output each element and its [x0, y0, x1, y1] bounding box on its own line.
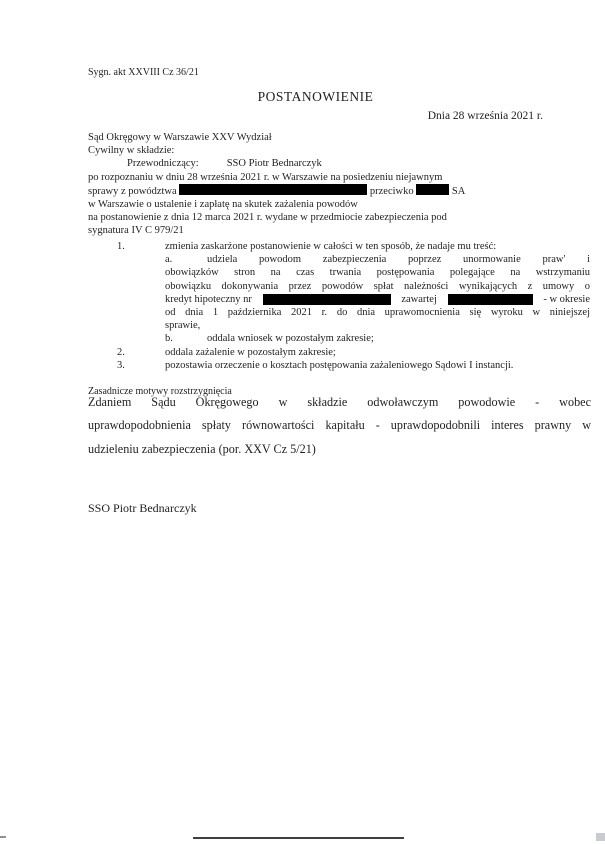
- document-title: POSTANOWIENIE: [88, 89, 543, 105]
- scan-artifact-left: [0, 836, 6, 838]
- ruling-item-3: 3.pozostawia orzeczenie o kosztach postę…: [88, 359, 590, 372]
- sub-item-a-line-1: a.udziela powodom zabezpieczenia poprzez…: [165, 253, 590, 266]
- date-line: Dnia 28 września 2021 r.: [88, 109, 543, 123]
- sub-item-a-text-1: udziela powodom zabezpieczenia poprzez u…: [207, 254, 590, 265]
- subject-line: w Warszawie o ustalenie i zapłatę na sku…: [88, 198, 590, 211]
- period-label: - w okresie: [543, 293, 590, 306]
- reasons-paragraph: Zdaniem Sądu Okręgowego w składzie odwoł…: [88, 391, 591, 461]
- court-name-line: Sąd Okręgowy w Warszawie XXV Wydział: [88, 131, 590, 144]
- loan-number-label: kredyt hipoteczny nr: [165, 293, 252, 306]
- parties-line-post: SA: [452, 186, 465, 197]
- footer-rule: [193, 837, 404, 839]
- redaction-box-loan-number: [263, 294, 391, 305]
- sub-item-b: b.oddala wniosek w pozostałym zakresie;: [165, 332, 590, 345]
- ruling-item-1: 1.zmienia zaskarżone postanowienie w cał…: [88, 240, 590, 253]
- sub-item-b-text: oddala wniosek w pozostałym zakresie;: [207, 333, 374, 344]
- court-order-document-page: Sygn. akt XXVIII Cz 36/21 POSTANOWIENIE …: [0, 0, 605, 844]
- sub-item-a-line-5: od dnia 1 października 2021 r. do dnia u…: [165, 306, 590, 319]
- sub-item-a-line-3: obowiązku dokonywania przez powodów spła…: [165, 280, 590, 293]
- contract-label: zawartej: [401, 293, 437, 306]
- ruling-item-1-text: zmienia zaskarżone postanowienie w całoś…: [165, 241, 496, 252]
- case-reference-line: sygnatura IV C 979/21: [88, 224, 590, 237]
- parties-line-mid: przeciwko: [370, 186, 414, 197]
- sub-item-a-line-6: sprawie,: [165, 319, 590, 332]
- sub-item-a-marker: a.: [165, 253, 207, 266]
- reasons-line-1: Zdaniem Sądu Okręgowego w składzie odwoł…: [88, 391, 591, 414]
- court-division-line: Cywilny w składzie:: [88, 144, 590, 157]
- case-number: Sygn. akt XXVIII Cz 36/21: [88, 66, 199, 79]
- redaction-box-defendant: [416, 184, 449, 195]
- ruling-item-1-marker: 1.: [117, 240, 165, 253]
- presiding-judge-name: SSO Piotr Bednarczyk: [227, 157, 322, 170]
- sub-item-a-line-2: obowiązków stron na czas trwania postępo…: [165, 266, 590, 279]
- judge-signature: SSO Piotr Bednarczyk: [88, 501, 197, 516]
- presiding-label: Przewodniczący:: [127, 157, 199, 170]
- hearing-line: po rozpoznaniu w dniu 28 września 2021 r…: [88, 171, 590, 184]
- redaction-box-contract-date: [448, 294, 533, 305]
- ruling-item-3-text: pozostawia orzeczenie o kosztach postępo…: [165, 360, 513, 371]
- sub-item-a-line-4: kredyt hipoteczny nrzawartej- w okresie: [165, 293, 590, 306]
- parties-line: sprawy z powództwa przeciwko SA: [88, 184, 590, 198]
- ruling-list: 1.zmienia zaskarżone postanowienie w cał…: [88, 240, 590, 372]
- reasons-line-2: uprawdopodobnienia spłaty równowartości …: [88, 414, 591, 437]
- court-header-block: Sąd Okręgowy w Warszawie XXV Wydział Cyw…: [88, 131, 590, 238]
- scan-artifact-right: [596, 833, 605, 841]
- parties-line-pre: sprawy z powództwa: [88, 186, 177, 197]
- reasons-line-3: udzieleniu zabezpieczenia (por. XXV Cz 5…: [88, 438, 591, 461]
- ruling-item-2-text: oddala zażalenie w pozostałym zakresie;: [165, 347, 336, 358]
- sub-item-b-marker: b.: [165, 332, 207, 345]
- appealed-order-line: na postanowienie z dnia 12 marca 2021 r.…: [88, 211, 590, 224]
- presiding-judge-line: Przewodniczący:SSO Piotr Bednarczyk: [88, 157, 590, 170]
- ruling-item-3-marker: 3.: [117, 359, 165, 372]
- ruling-item-2-marker: 2.: [117, 346, 165, 359]
- redaction-box-plaintiff: [179, 184, 367, 195]
- ruling-item-2: 2.oddala zażalenie w pozostałym zakresie…: [88, 346, 590, 359]
